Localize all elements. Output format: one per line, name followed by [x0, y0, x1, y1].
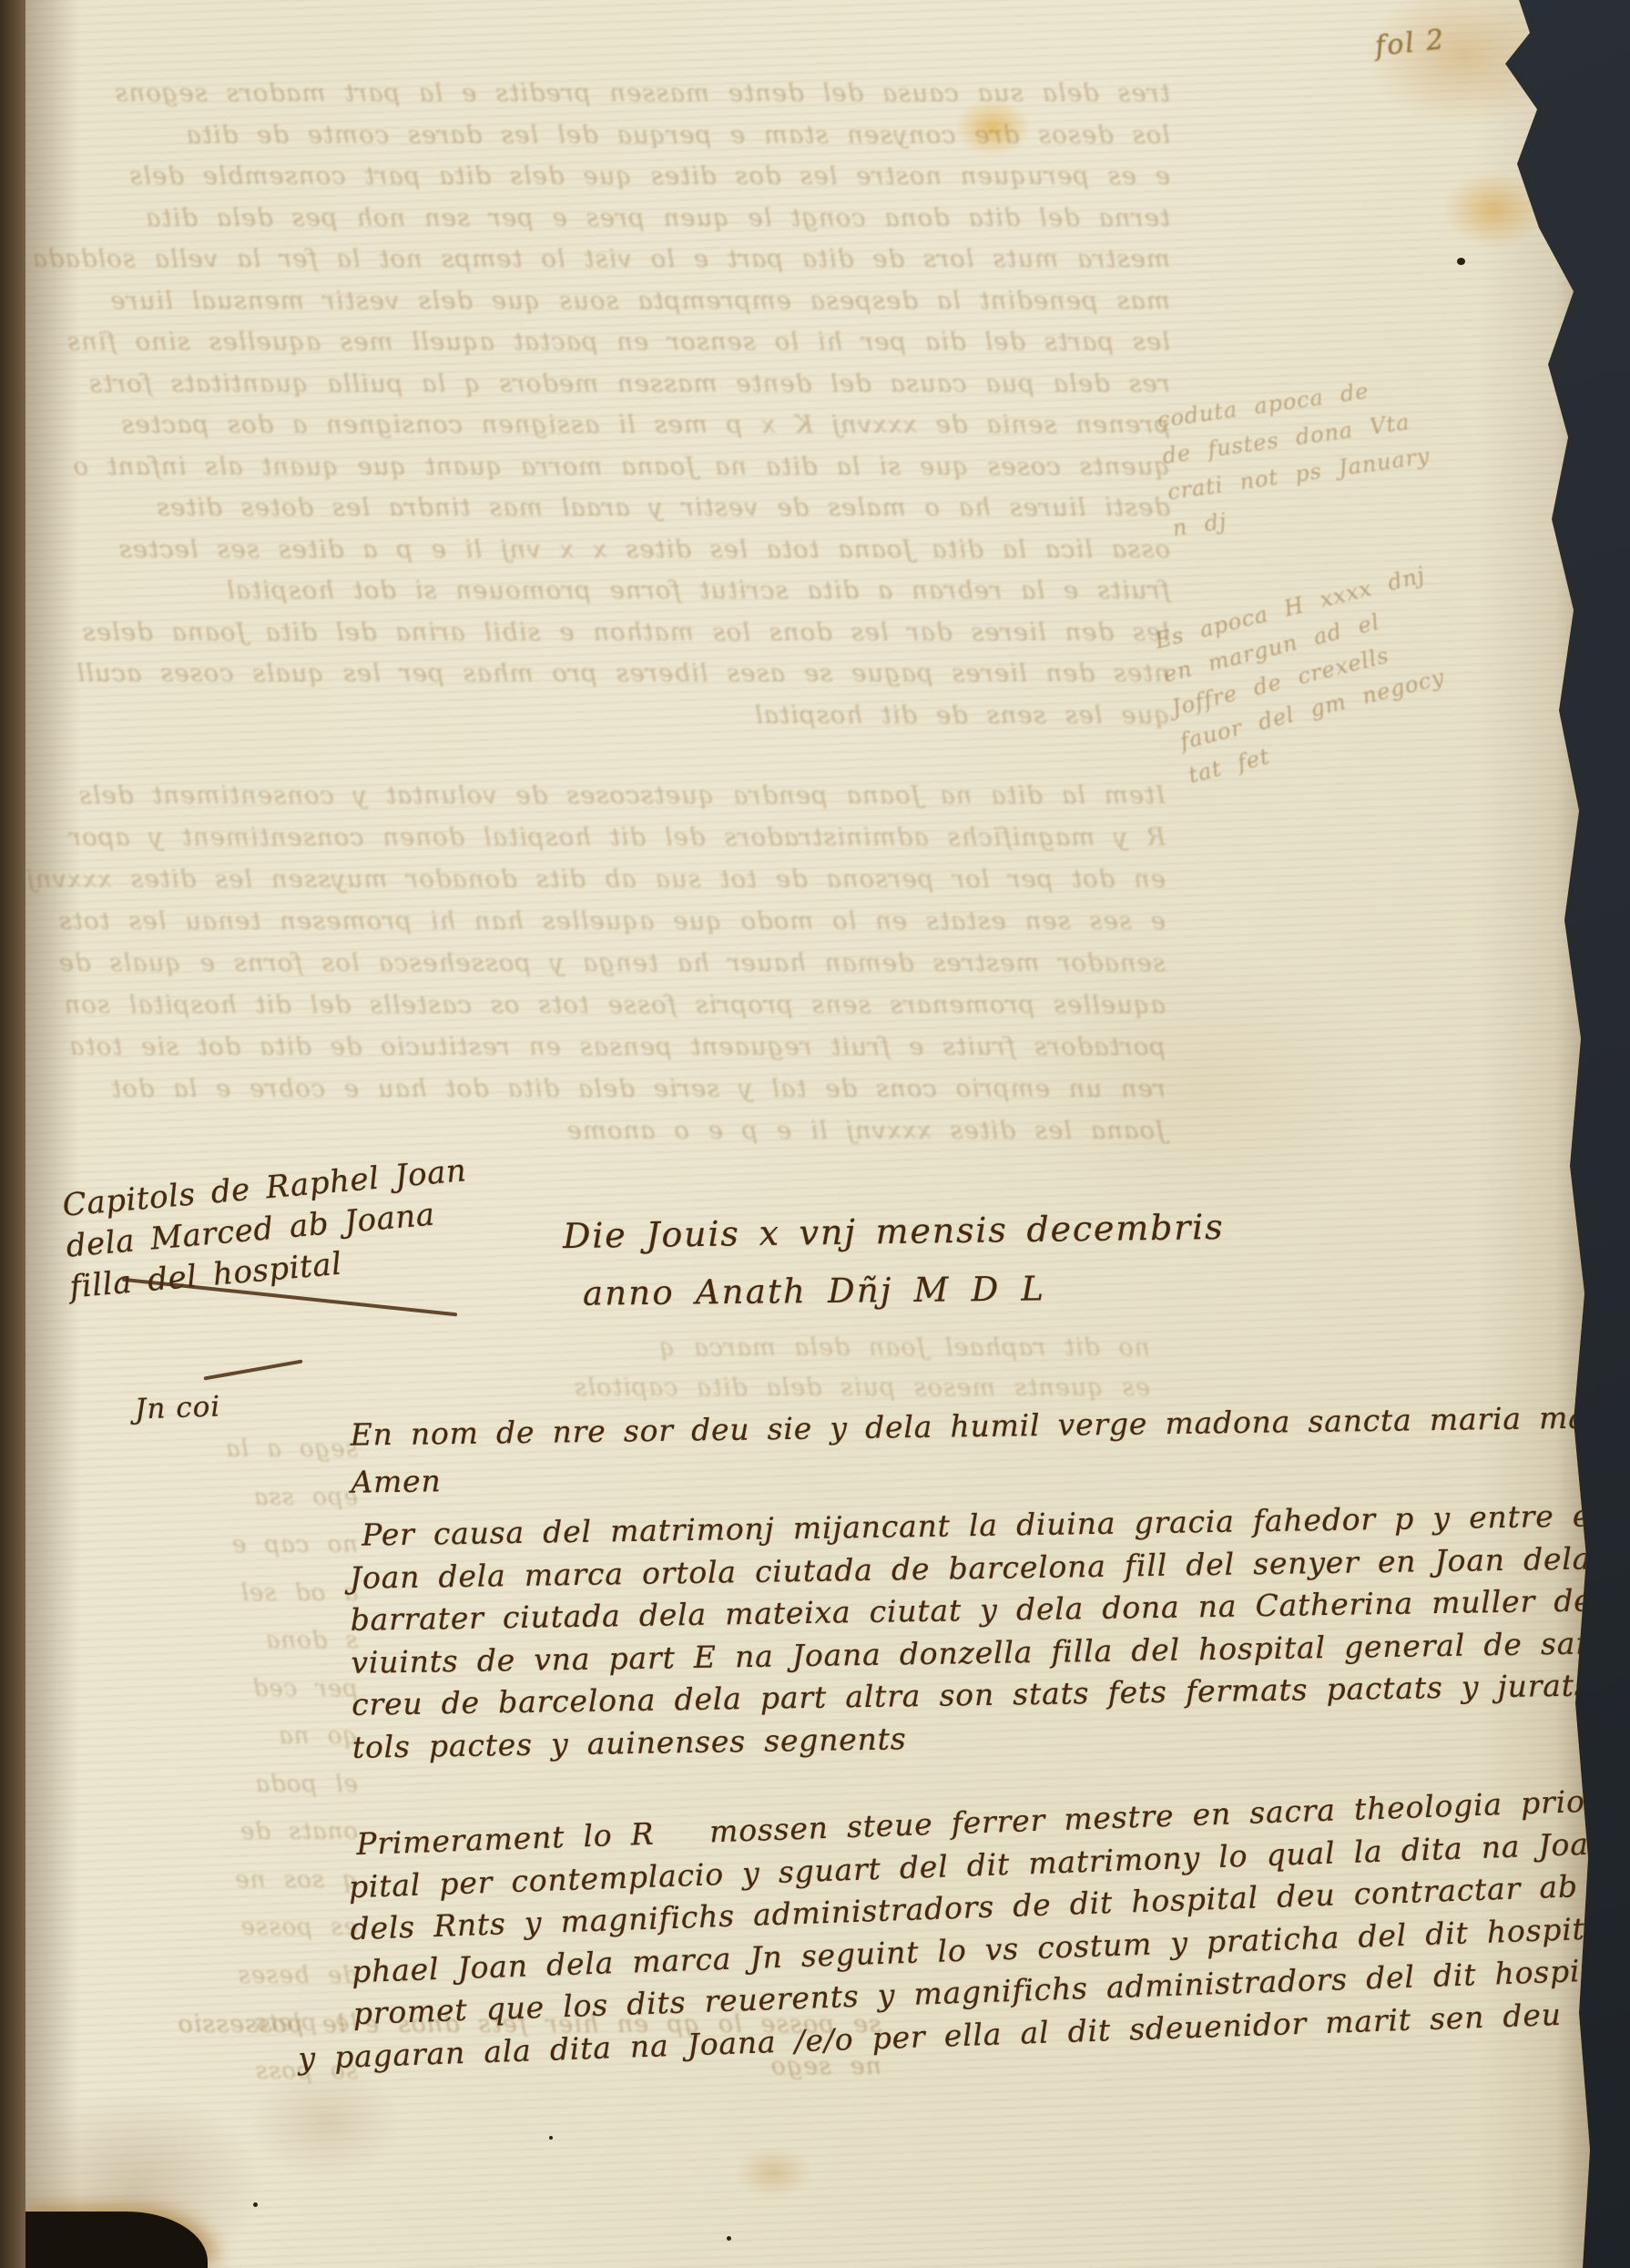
bleedthrough-line: s dona [53, 1617, 358, 1665]
margin-note-jn-coi: Jn coi [134, 1390, 220, 1425]
bleedthrough-line: fruits e la rebran a dita scritut forne … [87, 570, 1170, 612]
bleedthrough-line: portadors fruits e fruit reguaent pensas… [82, 1026, 1166, 1068]
faded-margin-note-upper: çoduta apoca dede fustes dona Vtacrati n… [1155, 364, 1445, 547]
bleedthrough-line: de beses [53, 1952, 358, 2000]
bleedthrough-line: Joana les dites xxxvnj li e p e o anome [82, 1109, 1166, 1151]
bleedthrough-line: los desos dre conysen stam e perqua del … [87, 115, 1170, 157]
bleedthrough-line: a od sel [53, 1569, 358, 1618]
line-light-ink-text: liures [1579, 1992, 1630, 2030]
bleedthrough-line: e es peruquen nostre les dos dites que d… [87, 156, 1170, 198]
bleedthrough-line: res dela pua causa del dente massen medo… [87, 363, 1170, 405]
manuscript-page: tres dela sua causa del dente massen pre… [25, 0, 1594, 2268]
bleedthrough-line: qo na [53, 1712, 358, 1761]
bleedthrough-upper-block: tres dela sua causa del dente massen pre… [87, 73, 1170, 736]
ink-speck [549, 2136, 553, 2140]
bleedthrough-line: desti liures ha o males de vestir y araa… [87, 487, 1170, 529]
faded-margin-note-mid: Es apoca H xxxx dnjen margun ad elJoffre… [1151, 561, 1449, 793]
bleedthrough-line: R y magnifichs administradors del dit ho… [82, 816, 1166, 858]
bleedthrough-line: onats de [53, 1808, 358, 1856]
invocation-paragraph: En nom de nre sor deu sie y dela humil v… [350, 1394, 1607, 1506]
bleedthrough-line: per ced [53, 1665, 358, 1713]
bleedthrough-line: ossa lica la dita Joana tota les dites x… [87, 529, 1170, 571]
ink-speck [1457, 258, 1465, 265]
bleedthrough-under-heading: no dit raphael Joan dela marca qes quent… [549, 1328, 1150, 1408]
bottom-left-shadow [25, 2212, 208, 2268]
bleedthrough-line: es posse [53, 1904, 358, 1952]
heading-year-line: anno Anath Dñj M D L [583, 1269, 1046, 1313]
pen-flourish-overline [203, 1359, 302, 1380]
bleedthrough-left-column: sego a laepo ssano cap ea od sels donape… [53, 1425, 358, 2095]
paragraph-matrimony: Per causa del matrimonj mijancant la diu… [349, 1495, 1609, 1769]
margin-annotation: Capitols de Raphel Joandela Marced ab Jo… [61, 1152, 462, 1309]
bleedthrough-line: aquelles promenars sens propris fosse to… [82, 984, 1166, 1026]
bleedthrough-line: tres dela sua causa del dente massen pre… [87, 73, 1170, 115]
bleedthrough-line: terna del dita dona congt le quen pres e… [87, 198, 1170, 240]
heading-date-line: Die Jouis x vnj mensis decembris [563, 1207, 1225, 1256]
bleedthrough-line: ren un emprio cons de tal y serie dela d… [82, 1068, 1166, 1109]
folio-mark: fol 2 [1373, 24, 1447, 63]
bleedthrough-line: que les sens de dit hospital [87, 695, 1170, 737]
paragraph-primerament: Primerament lo R mossen steue ferrer mes… [347, 1780, 1621, 2078]
bleedthrough-line: en dot per lor persona de tot sua ab dit… [82, 858, 1166, 900]
bleedthrough-line: senador mestres deman hauer ha tenga y p… [82, 942, 1166, 984]
bleedthrough-line: ntes den lieres pague se ases liberes pr… [87, 653, 1170, 695]
book-binding-edge [0, 0, 27, 2268]
bleedthrough-line: no cap e [53, 1521, 358, 1569]
ink-speck [727, 2236, 731, 2241]
bleedthrough-line: mestra muts lors de dita part e lo vist … [87, 239, 1170, 281]
bleedthrough-line: e ses sen estats en lo modo que aquelles… [82, 900, 1166, 942]
bleedthrough-line: epo ssa [53, 1474, 358, 1522]
bleedthrough-line: sego a la [53, 1425, 358, 1474]
bleedthrough-line: el poda [53, 1761, 358, 1809]
ink-speck [253, 2202, 258, 2207]
bleedthrough-line: no dit raphael Joan dela marca q [549, 1328, 1150, 1368]
bleedthrough-line: prenen senia de xxxvnj K x p mes li assi… [87, 404, 1170, 446]
bleedthrough-line: q sos ne [53, 1856, 358, 1905]
bleedthrough-line: les den lieres dar les dons los mathon e… [87, 612, 1170, 654]
bleedthrough-line: quents coses que si la dita na Joana mor… [87, 446, 1170, 488]
bleedthrough-mid-block: Item la dita na Joana pendra quetscoses … [82, 774, 1166, 1151]
bleedthrough-line: mas penedint la despesa emprempta sous q… [87, 281, 1170, 322]
bleedthrough-line: les parts del dia per hi lo sensor en pa… [87, 322, 1170, 363]
bleedthrough-line: Item la dita na Joana pendra quetscoses … [82, 774, 1166, 816]
